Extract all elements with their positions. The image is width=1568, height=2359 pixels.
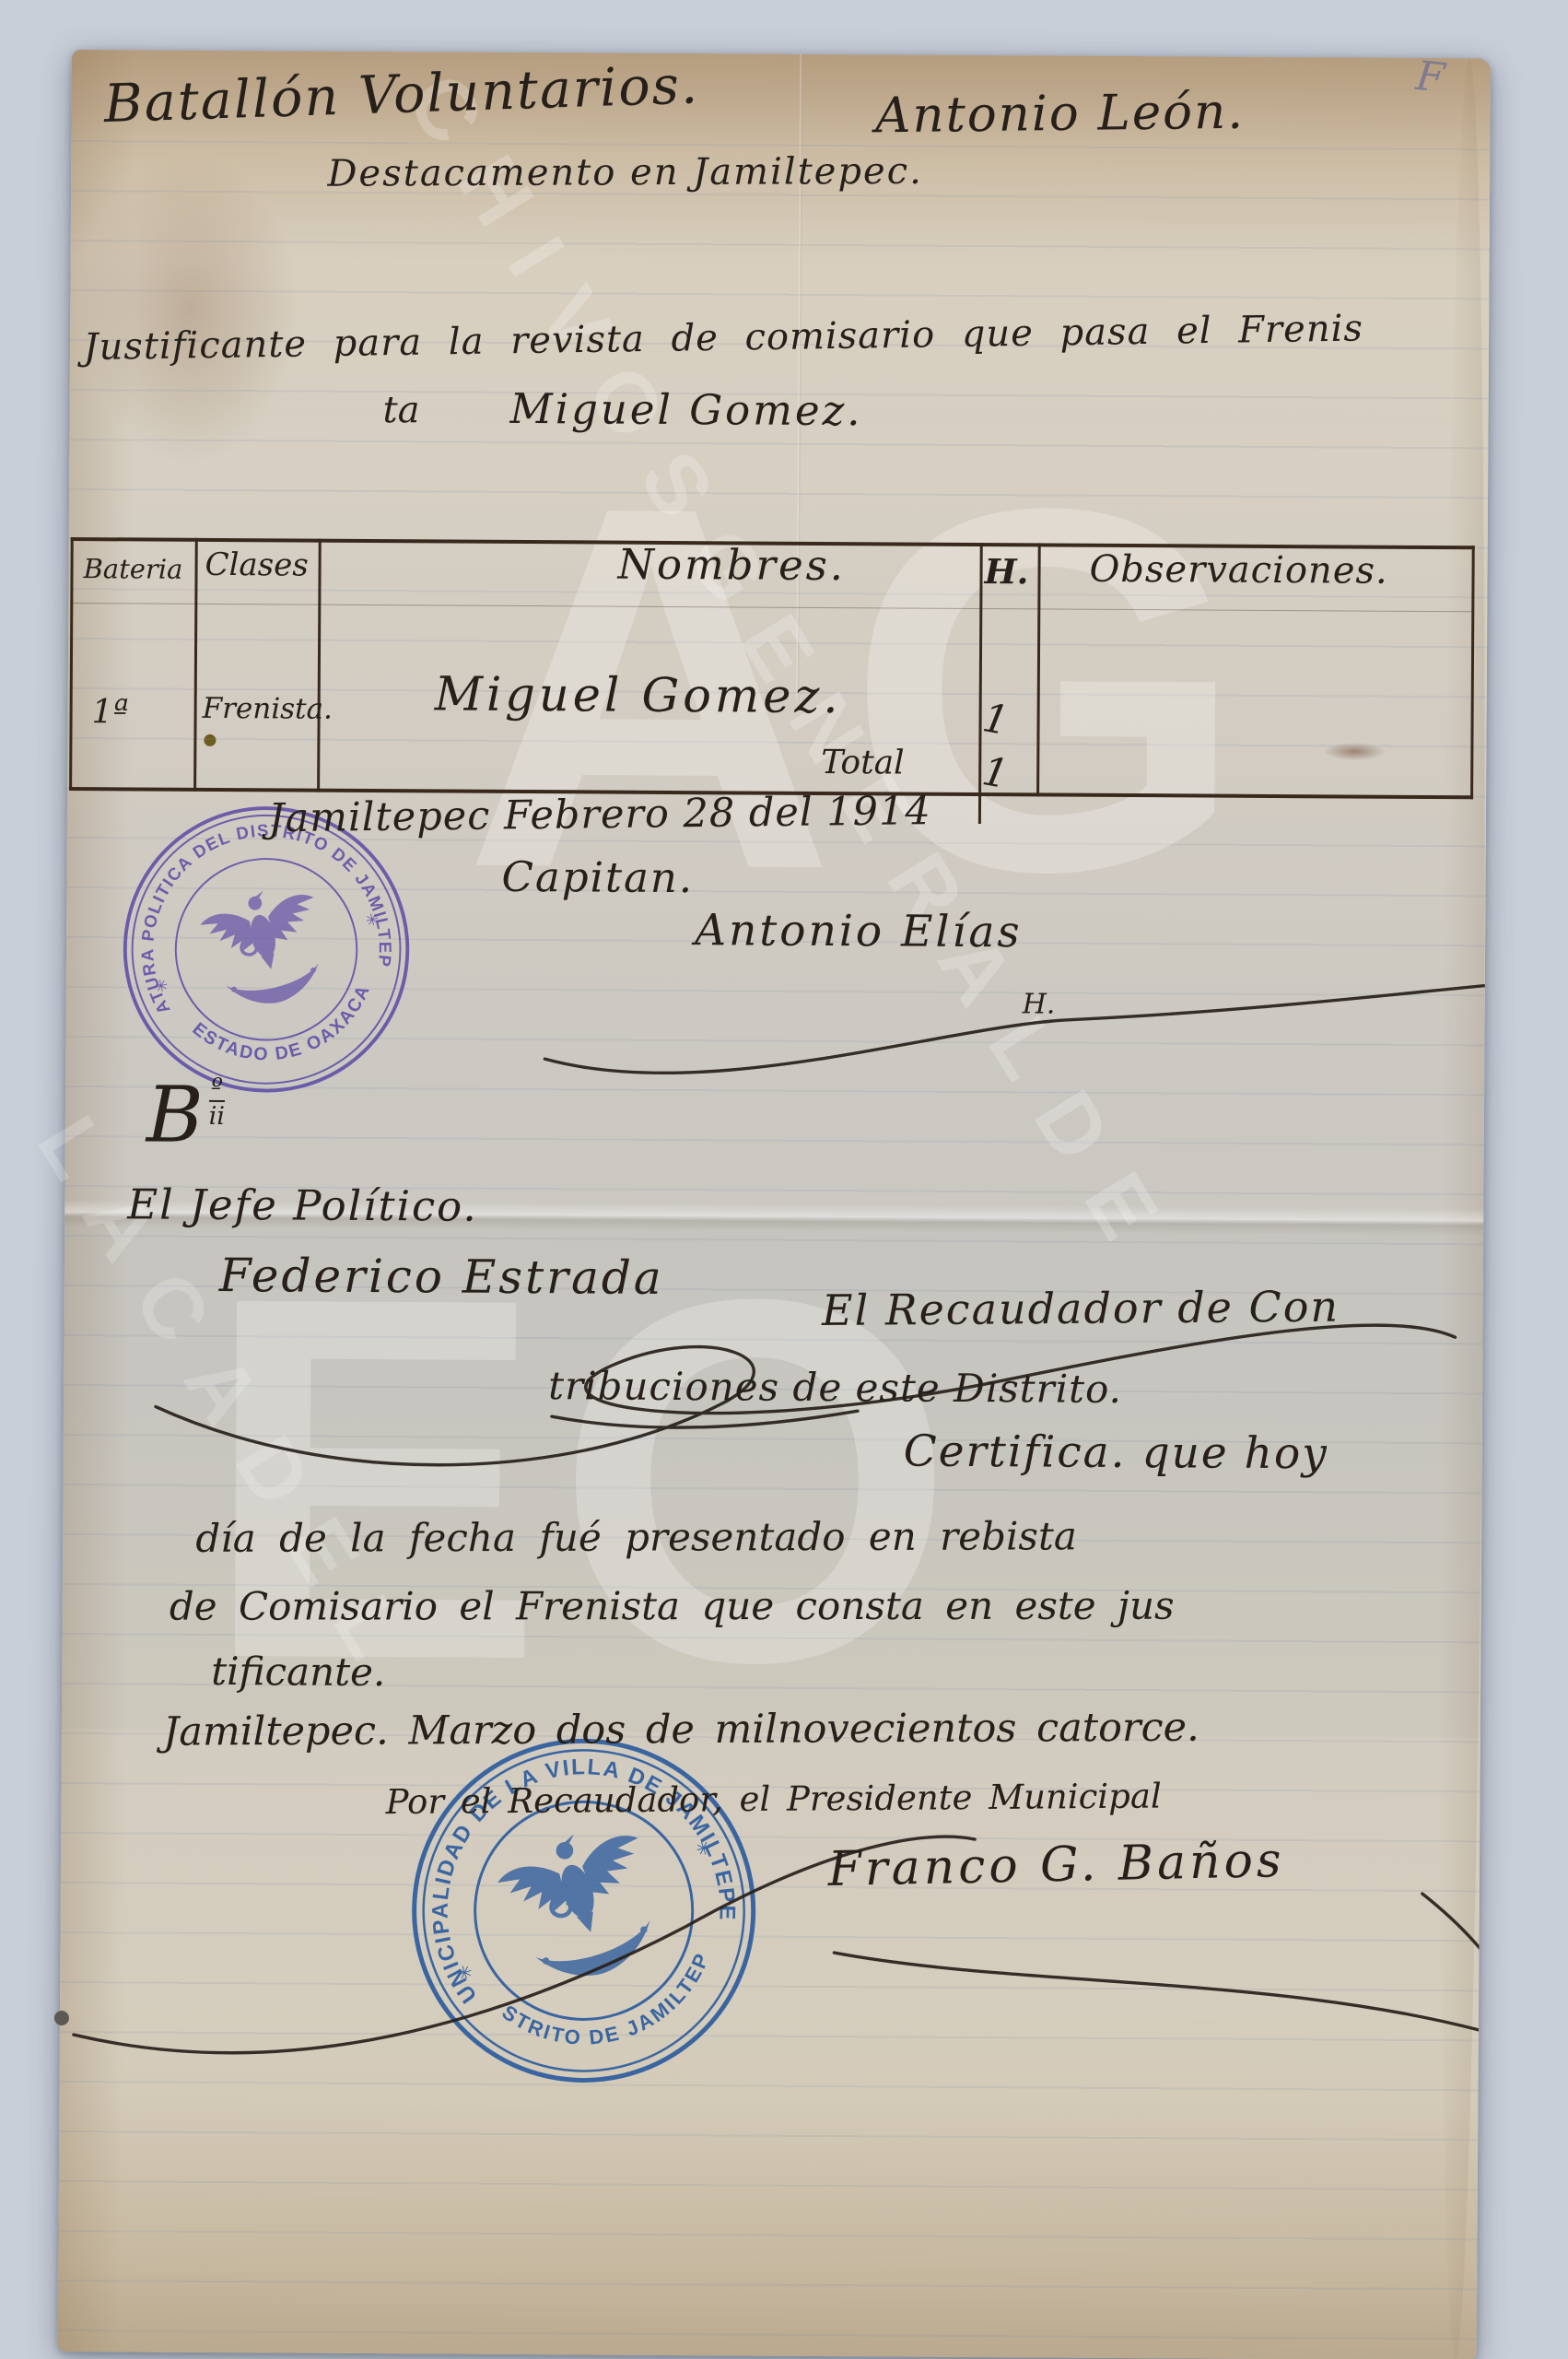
bottom-edge-stain <box>58 2094 1479 2359</box>
column-header-nombres: Nombres. <box>617 540 846 591</box>
table-header-underline <box>70 603 1474 612</box>
row-h-value: 1 <box>979 695 1012 745</box>
presidente-signature-flourish <box>834 1953 1491 2042</box>
visto-bueno-mark: B º ii <box>146 1070 226 1161</box>
pencil-folio-mark: F <box>1413 53 1446 102</box>
brown-fleck <box>1313 739 1396 764</box>
table-border-right <box>1470 546 1475 799</box>
justification-line-2-name: Miguel Gomez. <box>509 384 862 435</box>
justification-line-2-prefix: ta <box>382 389 419 431</box>
ink-fleck <box>204 734 216 746</box>
presidente-signature-tail <box>1422 1894 1491 2051</box>
municipalidad-stamp-eagle <box>490 1816 673 1996</box>
capitan-label: Capitan. <box>501 852 694 902</box>
column-header-clases: Clases <box>205 546 308 584</box>
capitan-rubric: H. <box>1023 988 1056 1020</box>
unit-name: Antonio León. <box>875 84 1246 145</box>
capitan-signature-flourish <box>544 978 1491 1078</box>
certifica-line-1: Certifica. que hoy <box>904 1426 1328 1480</box>
total-value: 1 <box>978 748 1012 798</box>
por-el-recaudador-line: Por el Recaudador, el Presidente Municip… <box>386 1777 1162 1823</box>
row-clases-value: Frenista. <box>203 692 333 726</box>
photo-background: AG EO CHIVOSGENERALDE LACADEL F Batallón… <box>0 0 1568 2359</box>
recaudador-line-2: tribuciones de este Distrito. <box>548 1363 1122 1412</box>
recaudador-line-1: El Recaudador de Con <box>822 1282 1340 1335</box>
row-nombres-value: Miguel Gomez. <box>435 667 842 724</box>
jefe-politico-signature: Federico Estrada <box>219 1249 664 1305</box>
capitan-signature: Antonio Elías <box>695 905 1023 957</box>
column-header-bateria: Bateria <box>83 553 182 585</box>
table-divider-4 <box>1036 543 1041 796</box>
visto-bueno-superscript: º ii <box>209 1075 226 1129</box>
certifica-line-4: tificante. <box>211 1649 385 1695</box>
justification-line-1: Justificante para la revista de comisari… <box>83 307 1363 369</box>
certifica-line-3: de Comisario el Frenista que consta en e… <box>170 1583 1175 1629</box>
paper-hole <box>54 2011 69 2025</box>
detachment-line: Destacamento en Jamiltepec. <box>327 150 923 195</box>
jefe-politico-label: El Jefe Político. <box>127 1179 478 1230</box>
column-header-h: H. <box>984 551 1028 592</box>
certifica-line-2: día de la fecha fué presentado en rebist… <box>195 1513 1077 1561</box>
table-divider-1 <box>193 538 198 792</box>
place-date-line: Jamiltepec Febrero 28 del 1914 <box>268 788 931 841</box>
closing-date-line: Jamiltepec. Marzo dos de milnovecientos … <box>163 1705 1199 1755</box>
jefatura-stamp-star-left: ✳ <box>153 977 170 998</box>
visto-bueno-letter: B <box>146 1070 204 1160</box>
jefatura-stamp-eagle <box>196 879 336 1015</box>
table-divider-2 <box>317 539 322 792</box>
unit-title: Batallón Voluntarios. <box>103 54 700 135</box>
column-header-observaciones: Observaciones. <box>1089 548 1387 593</box>
presidente-signature: Franco G. Baños <box>827 1833 1285 1897</box>
table-border-left <box>69 537 74 791</box>
row-bateria-value: 1ª <box>91 693 128 731</box>
muster-table: Bateria Clases Nombres. H. Observaciones… <box>72 50 1491 58</box>
document-paper: AG EO CHIVOSGENERALDE LACADEL F Batallón… <box>58 50 1491 2359</box>
top-left-stain <box>32 87 348 531</box>
total-label: Total <box>821 744 905 782</box>
